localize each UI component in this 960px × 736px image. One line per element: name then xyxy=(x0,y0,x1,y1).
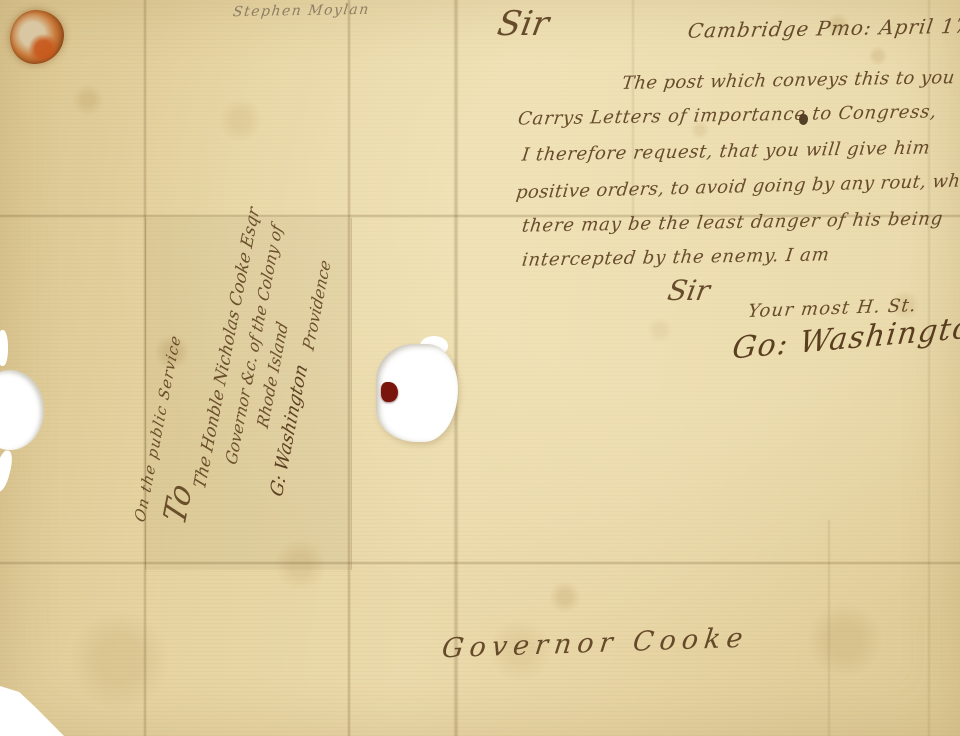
letter-salutation: Sir xyxy=(494,4,551,44)
closing-salutation: Sir xyxy=(665,274,712,307)
letter-dateline: Cambridge Pmo: April 1776 xyxy=(686,13,960,42)
red-wax-spot xyxy=(381,382,398,402)
vertical-fold-lower-right xyxy=(827,520,831,736)
horizontal-fold-lower xyxy=(0,561,960,565)
scanned-letter-canvas: Stephen Moylan Sir Cambridge Pmo: April … xyxy=(0,0,960,736)
pencil-annotation: Stephen Moylan xyxy=(232,2,371,20)
